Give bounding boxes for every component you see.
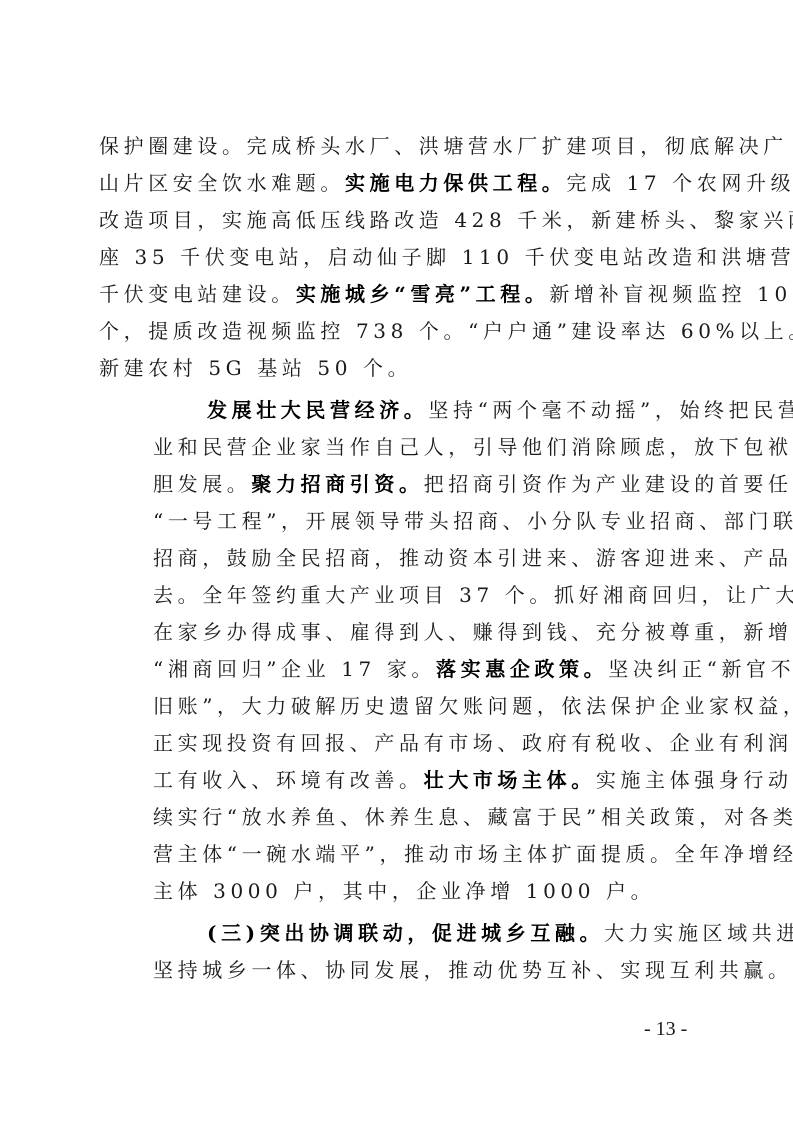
bold-heading-text: (三)突出协调联动，促进城乡互融。 xyxy=(207,921,604,945)
body-text: 山片区安全饮水难题。 xyxy=(99,171,345,195)
text-line: 千伏变电站建设。实施城乡“雪亮”工程。新增补盲视频监控 100 xyxy=(99,276,695,313)
text-line: 营主体“一碗水端平”，推动市场主体扩面提质。全年净增经营 xyxy=(99,836,695,873)
text-line: 工有收入、环境有改善。壮大市场主体。实施主体强身行动，继 xyxy=(99,762,695,799)
body-text: 改造项目，实施高低压线路改造 428 千米，新建桥头、黎家兴两 xyxy=(99,208,793,232)
text-line: 个，提质改造视频监控 738 个。“户户通”建设率达 60%以上。 xyxy=(99,313,695,350)
body-text: 业和民营企业家当作自己人，引导他们消除顾虑，放下包袱，大 xyxy=(153,435,793,459)
body-text: 新建农村 5G 基站 50 个。 xyxy=(99,356,412,380)
body-text: 工有收入、环境有改善。 xyxy=(153,768,424,792)
text-line: 发展壮大民营经济。坚持“两个毫不动摇”，始终把民营企 xyxy=(99,392,695,429)
text-line: 保护圈建设。完成桥头水厂、洪塘营水厂扩建项目，彻底解决广 xyxy=(99,128,695,165)
body-text: 坚持“两个毫不动摇”，始终把民营企 xyxy=(428,398,793,422)
text-line: 主体 3000 户，其中，企业净增 1000 户。 xyxy=(99,873,695,910)
text-line: 新建农村 5G 基站 50 个。 xyxy=(99,350,695,387)
bold-heading-text: 壮大市场主体。 xyxy=(424,768,596,792)
text-line: 正实现投资有回报、产品有市场、政府有税收、企业有利润、员 xyxy=(99,725,695,762)
body-text: 去。全年签约重大产业项目 37 个。抓好湘商回归，让广大湘商 xyxy=(153,583,793,607)
text-line: 去。全年签约重大产业项目 37 个。抓好湘商回归，让广大湘商 xyxy=(99,577,695,614)
body-text: 个，提质改造视频监控 738 个。“户户通”建设率达 60%以上。 xyxy=(99,319,793,343)
body-text: 完成 17 个农网升级 xyxy=(566,171,793,195)
document-body: 保护圈建设。完成桥头水厂、洪塘营水厂扩建项目，彻底解决广山片区安全饮水难题。实施… xyxy=(99,128,695,989)
body-text: 保护圈建设。完成桥头水厂、洪塘营水厂扩建项目，彻底解决广 xyxy=(99,134,788,158)
body-text: 旧账”，大力破解历史遗留欠账问题，依法保护企业家权益，真 xyxy=(153,694,793,718)
page-number: - 13 - xyxy=(644,1018,687,1041)
text-line: 在家乡办得成事、雇得到人、赚得到钱、充分被尊重，新增注册 xyxy=(99,614,695,651)
bold-heading-text: 实施城乡“雪亮”工程。 xyxy=(296,282,550,306)
paragraph: 保护圈建设。完成桥头水厂、洪塘营水厂扩建项目，彻底解决广山片区安全饮水难题。实施… xyxy=(99,128,695,387)
paragraph: 发展壮大民营经济。坚持“两个毫不动摇”，始终把民营企业和民营企业家当作自己人，引… xyxy=(99,392,695,910)
body-text: 胆发展。 xyxy=(153,472,251,496)
body-text: “湘商回归”企业 17 家。 xyxy=(153,657,436,681)
body-text: 招商，鼓励全民招商，推动资本引进来、游客迎进来、产品走出 xyxy=(153,546,793,570)
text-line: 招商，鼓励全民招商，推动资本引进来、游客迎进来、产品走出 xyxy=(99,540,695,577)
text-line: 业和民营企业家当作自己人，引导他们消除顾虑，放下包袱，大 xyxy=(99,429,695,466)
text-line: 续实行“放水养鱼、休养生息、藏富于民”相关政策，对各类经 xyxy=(99,799,695,836)
body-text: 续实行“放水养鱼、休养生息、藏富于民”相关政策，对各类经 xyxy=(153,805,793,829)
body-text: 大力实施区域共进行动， xyxy=(604,921,793,945)
text-line: 胆发展。聚力招商引资。把招商引资作为产业建设的首要任务、 xyxy=(99,466,695,503)
text-line: “湘商回归”企业 17 家。落实惠企政策。坚决纠正“新官不理 xyxy=(99,651,695,688)
text-line: 改造项目，实施高低压线路改造 428 千米，新建桥头、黎家兴两 xyxy=(99,202,695,239)
text-line: 座 35 千伏变电站，启动仙子脚 110 千伏变电站改造和洪塘营 35 xyxy=(99,239,695,276)
body-text: 坚决纠正“新官不理 xyxy=(608,657,793,681)
text-line: “一号工程”，开展领导带头招商、小分队专业招商、部门联动 xyxy=(99,503,695,540)
body-text: 营主体“一碗水端平”，推动市场主体扩面提质。全年净增经营 xyxy=(153,842,793,866)
body-text: 新增补盲视频监控 100 xyxy=(549,282,793,306)
bold-heading-text: 聚力招商引资。 xyxy=(251,472,423,496)
body-text: 实施主体强身行动，继 xyxy=(596,768,793,792)
text-line: (三)突出协调联动，促进城乡互融。大力实施区域共进行动， xyxy=(99,915,695,952)
text-line: 坚持城乡一体、协同发展，推动优势互补、实现互利共赢。 xyxy=(99,952,695,989)
document-page: 保护圈建设。完成桥头水厂、洪塘营水厂扩建项目，彻底解决广山片区安全饮水难题。实施… xyxy=(0,0,793,1122)
body-text: 把招商引资作为产业建设的首要任务、 xyxy=(424,472,793,496)
body-text: 千伏变电站建设。 xyxy=(99,282,296,306)
body-text: 主体 3000 户，其中，企业净增 1000 户。 xyxy=(153,879,655,903)
paragraph: (三)突出协调联动，促进城乡互融。大力实施区域共进行动，坚持城乡一体、协同发展，… xyxy=(99,915,695,989)
text-line: 山片区安全饮水难题。实施电力保供工程。完成 17 个农网升级 xyxy=(99,165,695,202)
bold-heading-text: 落实惠企政策。 xyxy=(436,657,608,681)
text-line: 旧账”，大力破解历史遗留欠账问题，依法保护企业家权益，真 xyxy=(99,688,695,725)
bold-heading-text: 发展壮大民营经济。 xyxy=(207,398,428,422)
body-text: 坚持城乡一体、协同发展，推动优势互补、实现互利共赢。 xyxy=(153,958,793,982)
body-text: 正实现投资有回报、产品有市场、政府有税收、企业有利润、员 xyxy=(153,731,793,755)
body-text: 座 35 千伏变电站，启动仙子脚 110 千伏变电站改造和洪塘营 35 xyxy=(99,245,793,269)
body-text: 在家乡办得成事、雇得到人、赚得到钱、充分被尊重，新增注册 xyxy=(153,620,793,644)
bold-heading-text: 实施电力保供工程。 xyxy=(345,171,566,195)
body-text: “一号工程”，开展领导带头招商、小分队专业招商、部门联动 xyxy=(153,509,793,533)
